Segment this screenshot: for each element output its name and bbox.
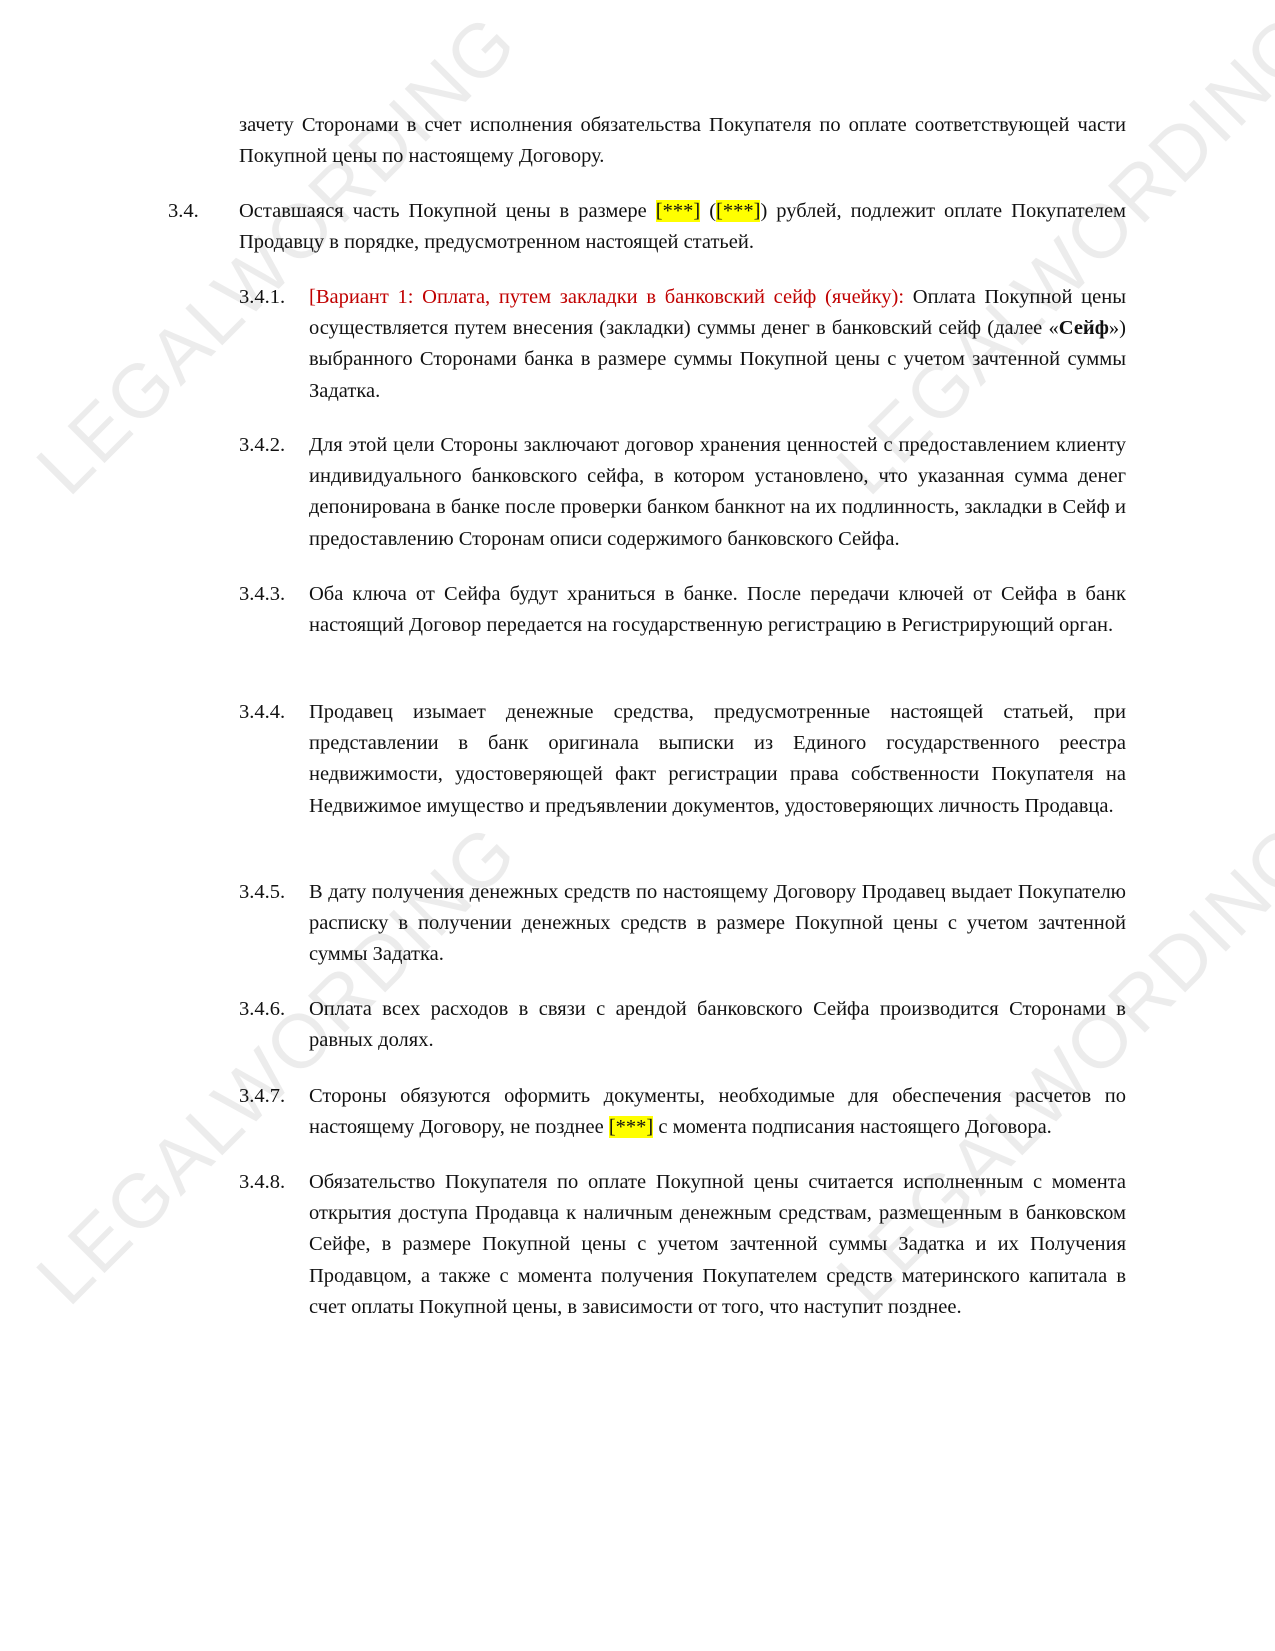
clause-number-3-4-6: 3.4.6. <box>239 994 285 1025</box>
clause-text: ( <box>700 200 716 222</box>
defined-term: Сейф <box>1059 317 1109 339</box>
clause-number-3-4-4: 3.4.4. <box>239 697 285 728</box>
clause-text: В дату получения денежных средств по нас… <box>309 881 1126 965</box>
clause-text: Продавец изымает денежные средства, пред… <box>309 701 1126 817</box>
paragraph-text: зачету Сторонами в счет исполнения обяза… <box>239 114 1126 167</box>
placeholder-amount-words: [***] <box>716 200 760 222</box>
clause-3-4-2: Для этой цели Стороны заключают договор … <box>309 430 1126 555</box>
clause-3-4-1: [Вариант 1: Оплата, путем закладки в бан… <box>309 282 1126 407</box>
clause-3-4-3: Оба ключа от Сейфа будут храниться в бан… <box>309 579 1126 641</box>
clause-3-4-8: Обязательство Покупателя по оплате Покуп… <box>309 1167 1126 1323</box>
placeholder-amount-digits: [***] <box>656 200 700 222</box>
clause-text: Оставшаяся часть Покупной цены в размере <box>239 200 656 222</box>
option-label: [Вариант 1: Оплата, путем закладки в бан… <box>309 286 904 308</box>
clause-number-3-4-2: 3.4.2. <box>239 430 285 461</box>
clause-number-3-4: 3.4. <box>168 196 199 227</box>
clause-number-3-4-5: 3.4.5. <box>239 877 285 908</box>
clause-3-4-5: В дату получения денежных средств по нас… <box>309 877 1126 971</box>
clause-3-4-4: Продавец изымает денежные средства, пред… <box>309 697 1126 822</box>
clause-text: Для этой цели Стороны заключают договор … <box>309 434 1126 550</box>
clause-text: Оплата всех расходов в связи с арендой б… <box>309 998 1126 1051</box>
document-page: LEGALWORDING LEGALWORDING LEGALWORDING L… <box>0 0 1275 1651</box>
clause-text: Оба ключа от Сейфа будут храниться в бан… <box>309 583 1126 636</box>
clause-number-3-4-7: 3.4.7. <box>239 1081 285 1112</box>
clause-3-4: Оставшаяся часть Покупной цены в размере… <box>239 196 1126 258</box>
clause-number-3-4-3: 3.4.3. <box>239 579 285 610</box>
clause-text: с момента подписания настоящего Договора… <box>653 1116 1052 1138</box>
clause-text: Обязательство Покупателя по оплате Покуп… <box>309 1171 1126 1318</box>
clause-number-3-4-1: 3.4.1. <box>239 282 285 313</box>
clause-number-3-4-8: 3.4.8. <box>239 1167 285 1198</box>
placeholder-deadline: [***] <box>609 1116 653 1138</box>
clause-3-4-6: Оплата всех расходов в связи с арендой б… <box>309 994 1126 1056</box>
paragraph-continuation: зачету Сторонами в счет исполнения обяза… <box>239 110 1126 172</box>
clause-3-4-7: Стороны обязуются оформить документы, не… <box>309 1081 1126 1143</box>
